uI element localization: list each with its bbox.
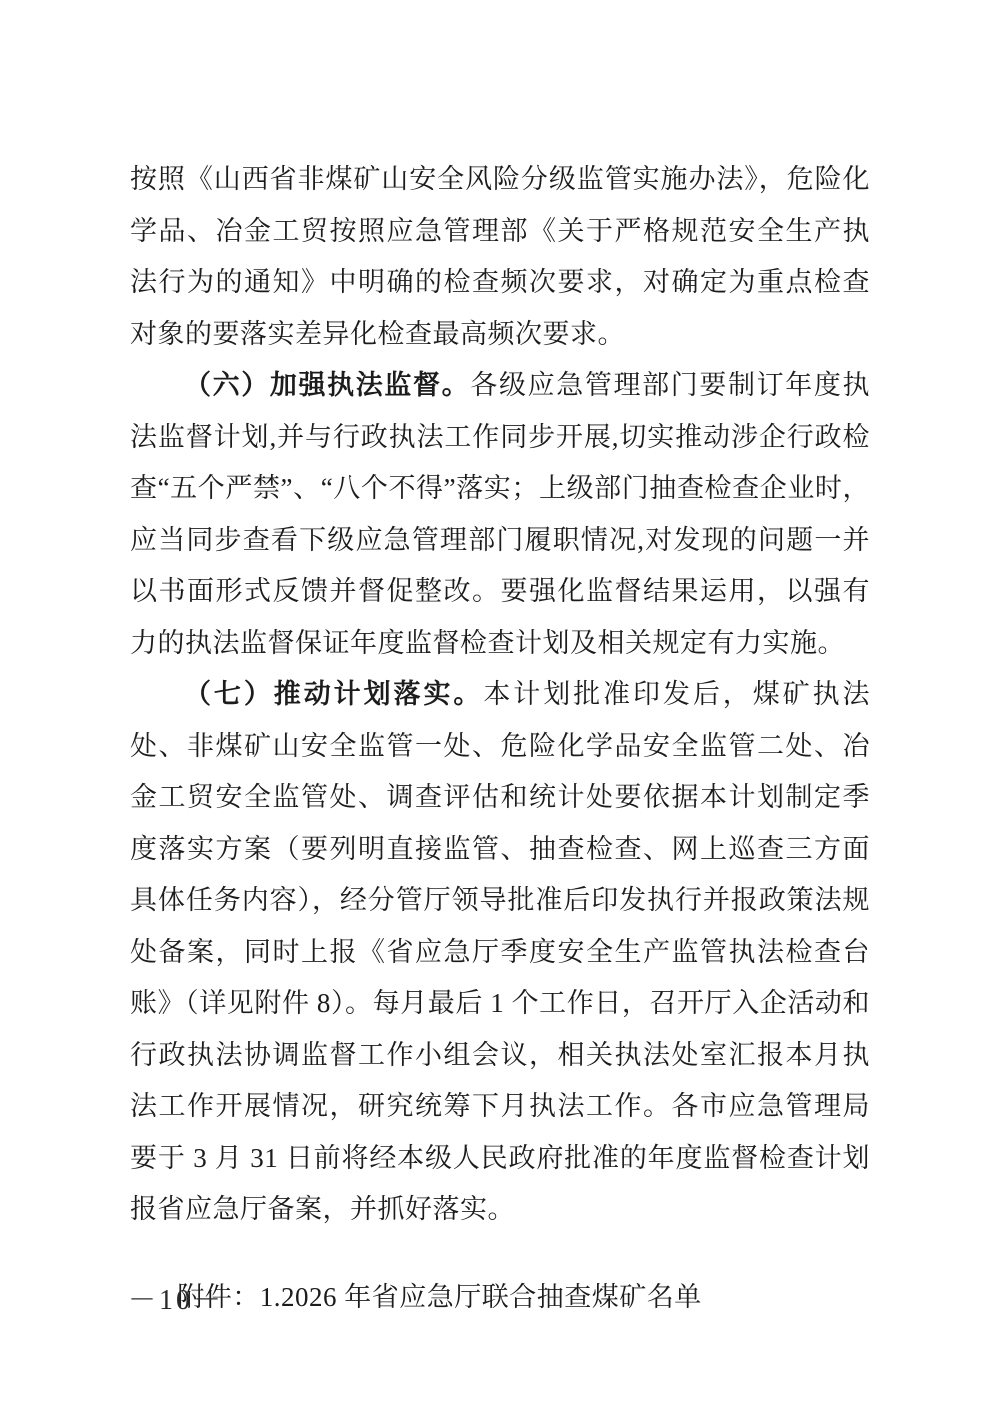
section-7-heading: （七）推动计划落实。 [184, 679, 483, 709]
paragraph-section-6: （六）加强执法监督。各级应急管理部门要制订年度执法监督计划,并与行政执法工作同步… [130, 360, 870, 669]
paragraph-section-7: （七）推动计划落实。本计划批准印发后，煤矿执法处、非煤矿山安全监管一处、危险化学… [130, 669, 870, 1236]
paragraph-text: 本计划批准印发后，煤矿执法处、非煤矿山安全监管一处、危险化学品安全监管二处、冶金… [130, 679, 870, 1224]
attachment-text: 附件：1.2026 年省应急厅联合抽查煤矿名单 [177, 1282, 702, 1312]
paragraph-continuation: 按照《山西省非煤矿山安全风险分级监管实施办法》，危险化学品、冶金工贸按照应急管理… [130, 154, 870, 360]
page-number: －10－ [128, 1278, 224, 1318]
section-6-heading: （六）加强执法监督。 [184, 370, 470, 400]
document-page: 按照《山西省非煤矿山安全风险分级监管实施办法》，危险化学品、冶金工贸按照应急管理… [0, 0, 1000, 1414]
attachment-line: 附件：1.2026 年省应急厅联合抽查煤矿名单 [130, 1272, 870, 1324]
page-body: 按照《山西省非煤矿山安全风险分级监管实施办法》，危险化学品、冶金工贸按照应急管理… [130, 154, 870, 1323]
paragraph-text: 按照《山西省非煤矿山安全风险分级监管实施办法》，危险化学品、冶金工贸按照应急管理… [130, 164, 870, 349]
paragraph-text: 各级应急管理部门要制订年度执法监督计划,并与行政执法工作同步开展,切实推动涉企行… [130, 370, 870, 658]
